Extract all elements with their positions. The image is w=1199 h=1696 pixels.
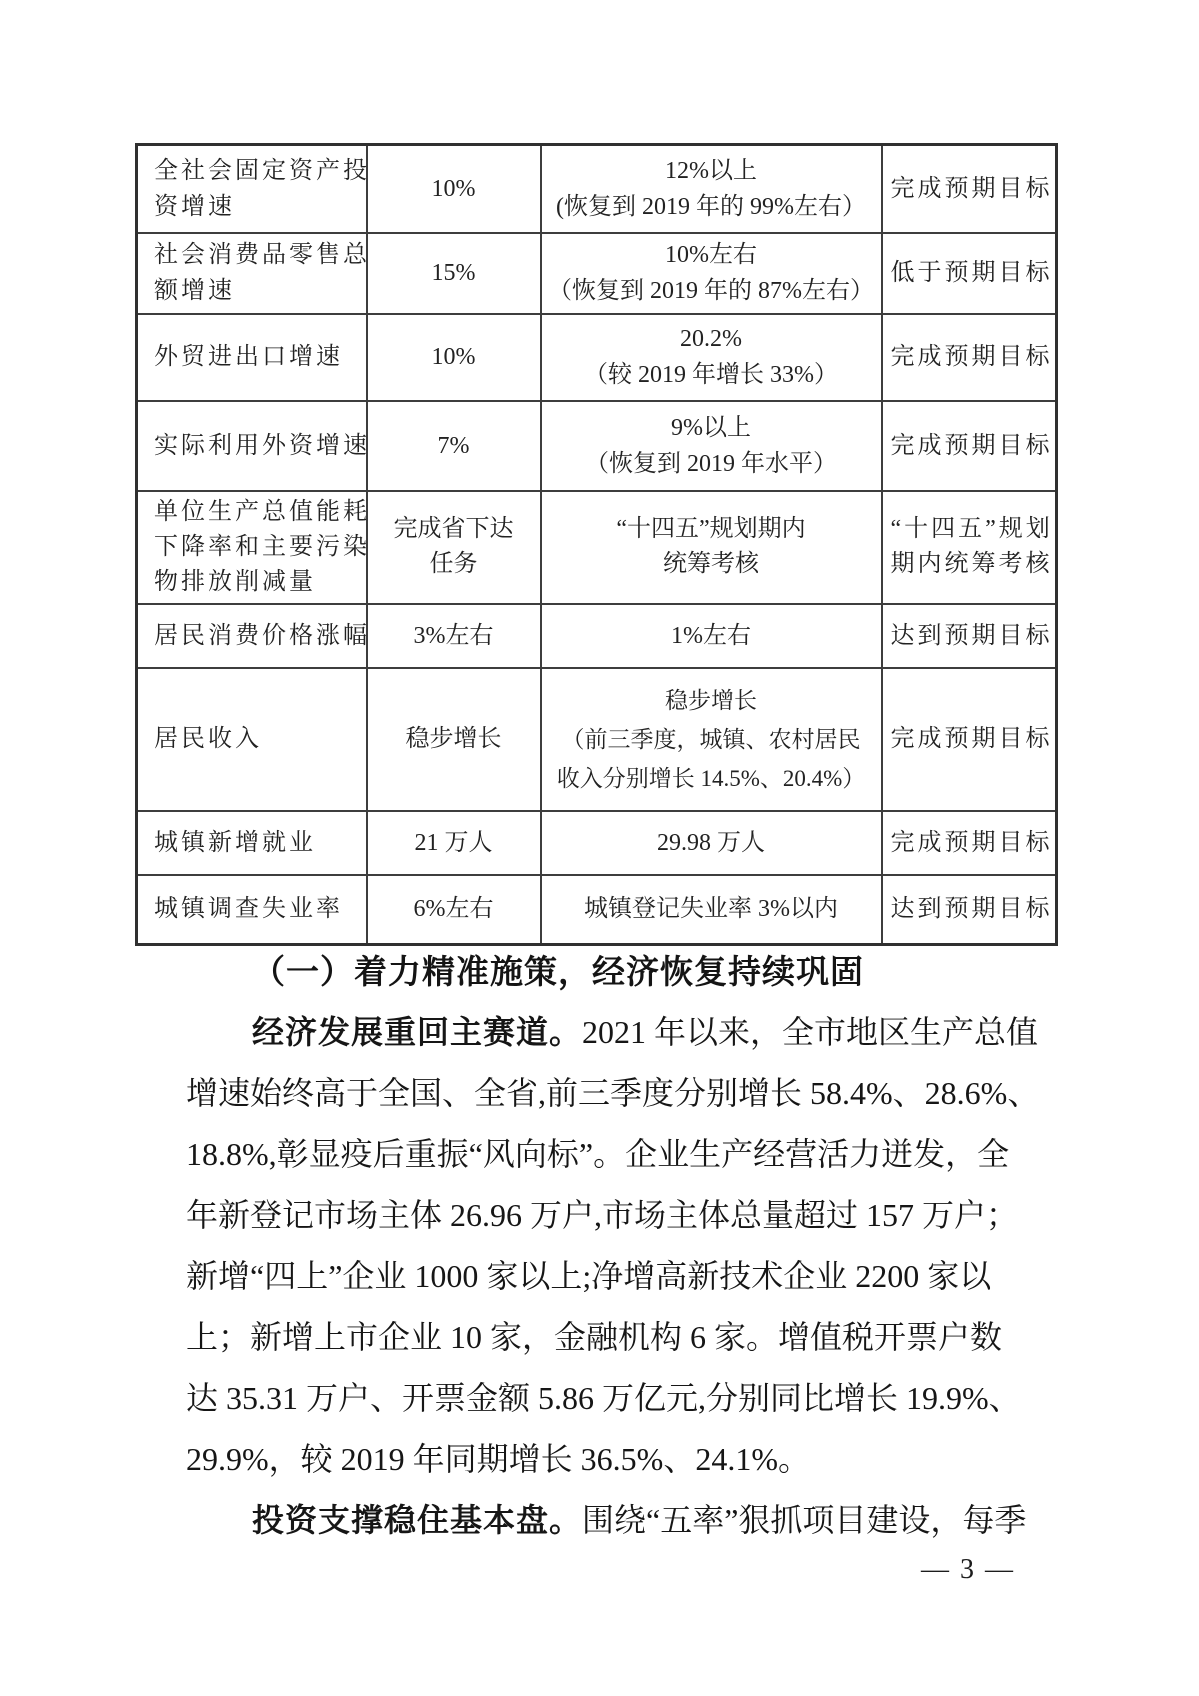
cell-status: 完成预期目标 — [882, 314, 1057, 401]
cell-status: 低于预期目标 — [882, 233, 1057, 314]
cell-status: 完成预期目标 — [882, 811, 1057, 875]
cell-indicator: 城镇调查失业率 — [137, 875, 367, 945]
page-number: — 3 — — [0, 1554, 1015, 1586]
table-row: 居民收入 稳步增长 稳步增长 （前三季度，城镇、农村居民 收入分别增长 14.5… — [137, 668, 1057, 811]
paragraph-lead: 经济发展重回主赛道。 — [252, 1014, 582, 1050]
cell-actual: 12%以上 (恢复到 2019 年的 99%左右） — [541, 145, 882, 233]
cell-indicator: 外贸进出口增速 — [137, 314, 367, 401]
paragraph-text: 2021 年以来，全市地区生产总值 — [582, 1014, 1038, 1050]
cell-status: 达到预期目标 — [882, 875, 1057, 945]
table-row: 全社会固定资产投 资增速 10% 12%以上 (恢复到 2019 年的 99%左… — [137, 145, 1057, 233]
cell-indicator: 居民收入 — [137, 668, 367, 811]
cell-indicator: 城镇新增就业 — [137, 811, 367, 875]
cell-indicator: 居民消费价格涨幅 — [137, 604, 367, 668]
cell-target: 3%左右 — [367, 604, 541, 668]
cell-actual: 1%左右 — [541, 604, 882, 668]
cell-target: 10% — [367, 314, 541, 401]
paragraph-line: 新增“四上”企业 1000 家以上;净增高新技术企业 2200 家以 — [186, 1246, 1056, 1307]
cell-actual: 稳步增长 （前三季度，城镇、农村居民 收入分别增长 14.5%、20.4%） — [541, 668, 882, 811]
cell-target: 稳步增长 — [367, 668, 541, 811]
cell-status: 完成预期目标 — [882, 401, 1057, 491]
cell-target: 15% — [367, 233, 541, 314]
cell-target: 21 万人 — [367, 811, 541, 875]
cell-indicator: 实际利用外资增速 — [137, 401, 367, 491]
cell-status: 完成预期目标 — [882, 668, 1057, 811]
paragraph-line: 经济发展重回主赛道。2021 年以来，全市地区生产总值 — [186, 1002, 1056, 1063]
table-row: 实际利用外资增速 7% 9%以上 （恢复到 2019 年水平） 完成预期目标 — [137, 401, 1057, 491]
cell-target: 10% — [367, 145, 541, 233]
cell-actual: 10%左右 （恢复到 2019 年的 87%左右） — [541, 233, 882, 314]
cell-status: 达到预期目标 — [882, 604, 1057, 668]
table-row: 单位生产总值能耗 下降率和主要污染 物排放削减量 完成省下达 任务 “十四五”规… — [137, 491, 1057, 604]
document-page: 全社会固定资产投 资增速 10% 12%以上 (恢复到 2019 年的 99%左… — [0, 0, 1199, 1696]
cell-actual: 29.98 万人 — [541, 811, 882, 875]
cell-indicator: 全社会固定资产投 资增速 — [137, 145, 367, 233]
table-row: 城镇调查失业率 6%左右 城镇登记失业率 3%以内 达到预期目标 — [137, 875, 1057, 945]
cell-target: 6%左右 — [367, 875, 541, 945]
table-row: 居民消费价格涨幅 3%左右 1%左右 达到预期目标 — [137, 604, 1057, 668]
cell-indicator: 社会消费品零售总 额增速 — [137, 233, 367, 314]
paragraph-line: 增速始终高于全国、全省,前三季度分别增长 58.4%、28.6%、 — [186, 1063, 1056, 1124]
table-row: 社会消费品零售总 额增速 15% 10%左右 （恢复到 2019 年的 87%左… — [137, 233, 1057, 314]
paragraph-line: 年新登记市场主体 26.96 万户,市场主体总量超过 157 万户； — [186, 1185, 1056, 1246]
paragraph-line: 达 35.31 万户、开票金额 5.86 万亿元,分别同比增长 19.9%、 — [186, 1368, 1056, 1429]
cell-actual: 9%以上 （恢复到 2019 年水平） — [541, 401, 882, 491]
table-row: 城镇新增就业 21 万人 29.98 万人 完成预期目标 — [137, 811, 1057, 875]
cell-actual: “十四五”规划期内 统筹考核 — [541, 491, 882, 604]
cell-status: 完成预期目标 — [882, 145, 1057, 233]
paragraph-line: 18.8%,彰显疫后重振“风向标”。企业生产经营活力迸发，全 — [186, 1124, 1056, 1185]
cell-target: 完成省下达 任务 — [367, 491, 541, 604]
paragraph-text: 围绕“五率”狠抓项目建设，每季 — [582, 1502, 1026, 1538]
paragraph-line: 29.9%，较 2019 年同期增长 36.5%、24.1%。 — [186, 1429, 1056, 1490]
indicators-table: 全社会固定资产投 资增速 10% 12%以上 (恢复到 2019 年的 99%左… — [135, 143, 1058, 946]
cell-status: “十四五”规划 期内统筹考核 — [882, 491, 1057, 604]
paragraph-line: 投资支撑稳住基本盘。围绕“五率”狠抓项目建设，每季 — [186, 1490, 1056, 1551]
cell-actual: 20.2% （较 2019 年增长 33%） — [541, 314, 882, 401]
body-text: 经济发展重回主赛道。2021 年以来，全市地区生产总值 增速始终高于全国、全省,… — [186, 1002, 1056, 1551]
cell-actual: 城镇登记失业率 3%以内 — [541, 875, 882, 945]
paragraph-line: 上；新增上市企业 10 家，金融机构 6 家。增值税开票户数 — [186, 1307, 1056, 1368]
cell-indicator: 单位生产总值能耗 下降率和主要污染 物排放削减量 — [137, 491, 367, 604]
paragraph-lead: 投资支撑稳住基本盘。 — [252, 1502, 582, 1538]
cell-target: 7% — [367, 401, 541, 491]
section-heading: （一）着力精准施策，经济恢复持续巩固 — [252, 951, 864, 995]
table-row: 外贸进出口增速 10% 20.2% （较 2019 年增长 33%） 完成预期目… — [137, 314, 1057, 401]
